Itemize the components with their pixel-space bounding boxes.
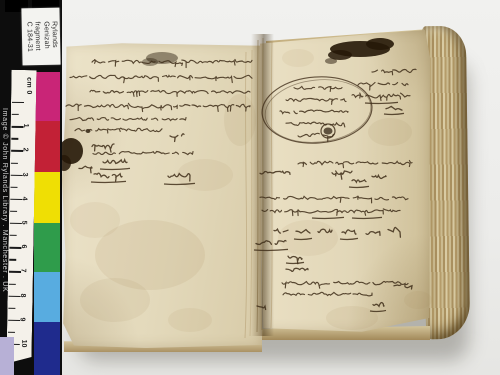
ruler-number: 8 (19, 293, 26, 297)
photo-frame: { "photo": { "background": { "backdrop_h… (0, 0, 500, 375)
color-swatch-cyan (34, 272, 60, 322)
color-patch-lavender (0, 337, 14, 375)
ruler-tick (12, 114, 19, 116)
ruler-tick (12, 102, 24, 104)
shelfmark-label: Rylands Genizah fragment C 184-31 (21, 8, 60, 66)
ruler-tick (11, 138, 18, 140)
ruler-number: 7 (19, 269, 26, 273)
ruler-number: 1 (22, 124, 29, 128)
color-swatch-dark-blue (34, 322, 60, 375)
ruler-tick (11, 162, 18, 164)
ruler-number: 4 (21, 196, 28, 200)
label-line: Rylands (49, 21, 58, 52)
color-swatch-magenta (34, 72, 60, 121)
label-line: fragment (32, 21, 41, 52)
ruler-tick (10, 186, 17, 188)
color-swatch-green (34, 223, 60, 272)
ruler-tick (8, 332, 15, 334)
ruler-number: 6 (20, 245, 27, 249)
copyright-text: Image © John Rylands Library . Mancheste… (1, 108, 8, 292)
label-line: C 184-31 (24, 21, 33, 52)
ruler-tick (8, 307, 15, 309)
ruler-number: 5 (20, 221, 27, 225)
label-line: Genizah (41, 21, 50, 52)
ruler-number: 2 (22, 148, 29, 152)
ruler-unit-label: cm 0 (25, 77, 32, 95)
ruler-number: 10 (20, 340, 27, 348)
ruler-tick (9, 259, 16, 261)
manuscript-right-page (260, 30, 430, 333)
ruler-tick (10, 211, 17, 213)
ruler-tick (10, 235, 17, 237)
color-swatch-red (34, 121, 60, 172)
book-gutter (251, 34, 274, 336)
shelfmark-text: Rylands Genizah fragment C 184-31 (24, 21, 58, 52)
ruler-number: 3 (21, 172, 28, 176)
ruler-number: 9 (19, 317, 26, 321)
cm-ruler: cm 0 12345678910 (6, 70, 36, 362)
color-swatch-yellow (34, 172, 60, 223)
manuscript-left-page (62, 42, 262, 348)
ruler-tick (9, 283, 16, 285)
color-calibration-bar (34, 72, 60, 375)
